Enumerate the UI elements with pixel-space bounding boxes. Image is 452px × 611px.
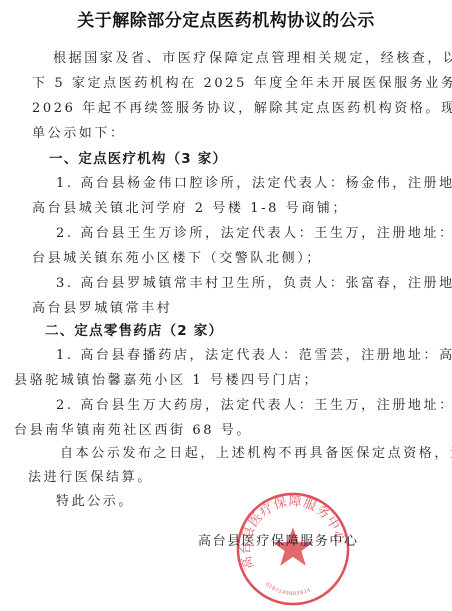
closing-line-1: 自本公示发布之日起，上述机构不再具备医保定点资格，无 bbox=[60, 446, 452, 462]
official-seal-icon: 高台县医疗保障服务中心 6207240003924 bbox=[234, 490, 352, 608]
intro-line-3: 2026 年起不再续签服务协议，解除其定点医药机构资格。现将名 bbox=[32, 101, 452, 117]
pharmacy-2-line-2: 台县南华镇南苑社区西街 68 号。 bbox=[14, 423, 252, 439]
notice-page: 关于解除部分定点医药机构协议的公示 根据国家及省、市医疗保障定点管理相关规定，经… bbox=[0, 0, 452, 611]
institution-3-line-2: 高台县罗城镇常丰村 bbox=[32, 301, 172, 317]
institution-2-line-1: 2. 高台县王生万诊所，法定代表人：王生万，注册地址：高 bbox=[56, 226, 452, 242]
pharmacy-1-line-2: 县骆驼城镇怡馨嘉苑小区 1 号楼四号门店； bbox=[14, 373, 319, 389]
pharmacy-1-line-1: 1. 高台县春播药店，法定代表人：范雪芸，注册地址：高台 bbox=[56, 348, 452, 364]
issuer-signature: 高台县医疗保障服务中心 bbox=[198, 530, 359, 549]
svg-text:6207240003924: 6207240003924 bbox=[264, 581, 312, 597]
intro-line-1: 根据国家及省、市医疗保障定点管理相关规定，经核查，以 bbox=[53, 51, 452, 67]
closing-line-2: 法进行医保结算。 bbox=[28, 470, 153, 486]
institution-2-line-2: 台县城关镇东苑小区楼下（交警队北侧）； bbox=[32, 251, 322, 267]
institution-1-line-2: 高台县城关镇北河学府 2 号楼 1-8 号商铺； bbox=[32, 201, 348, 217]
seal-code-text: 6207240003924 bbox=[264, 581, 312, 597]
intro-line-4: 单公示如下： bbox=[32, 126, 126, 142]
document-title: 关于解除部分定点医药机构协议的公示 bbox=[0, 6, 452, 31]
institution-3-line-1: 3. 高台县罗城镇常丰村卫生所，负责人：张富春，注册地址： bbox=[56, 276, 452, 292]
closing-note: 特此公示。 bbox=[56, 494, 134, 510]
institution-1-line-1: 1. 高台县杨金伟口腔诊所，法定代表人：杨金伟，注册地址： bbox=[56, 176, 452, 192]
section-heading-medical-institutions: 一、定点医疗机构（3 家） bbox=[49, 151, 227, 167]
intro-line-2: 下 5 家定点医药机构在 2025 年度全年未开展医保服务业务，自 bbox=[32, 76, 452, 92]
section-heading-retail-pharmacies: 二、定点零售药店（2 家） bbox=[45, 323, 223, 339]
pharmacy-2-line-1: 2. 高台县生万大药房，法定代表人：王生万，注册地址：高 bbox=[56, 398, 452, 414]
